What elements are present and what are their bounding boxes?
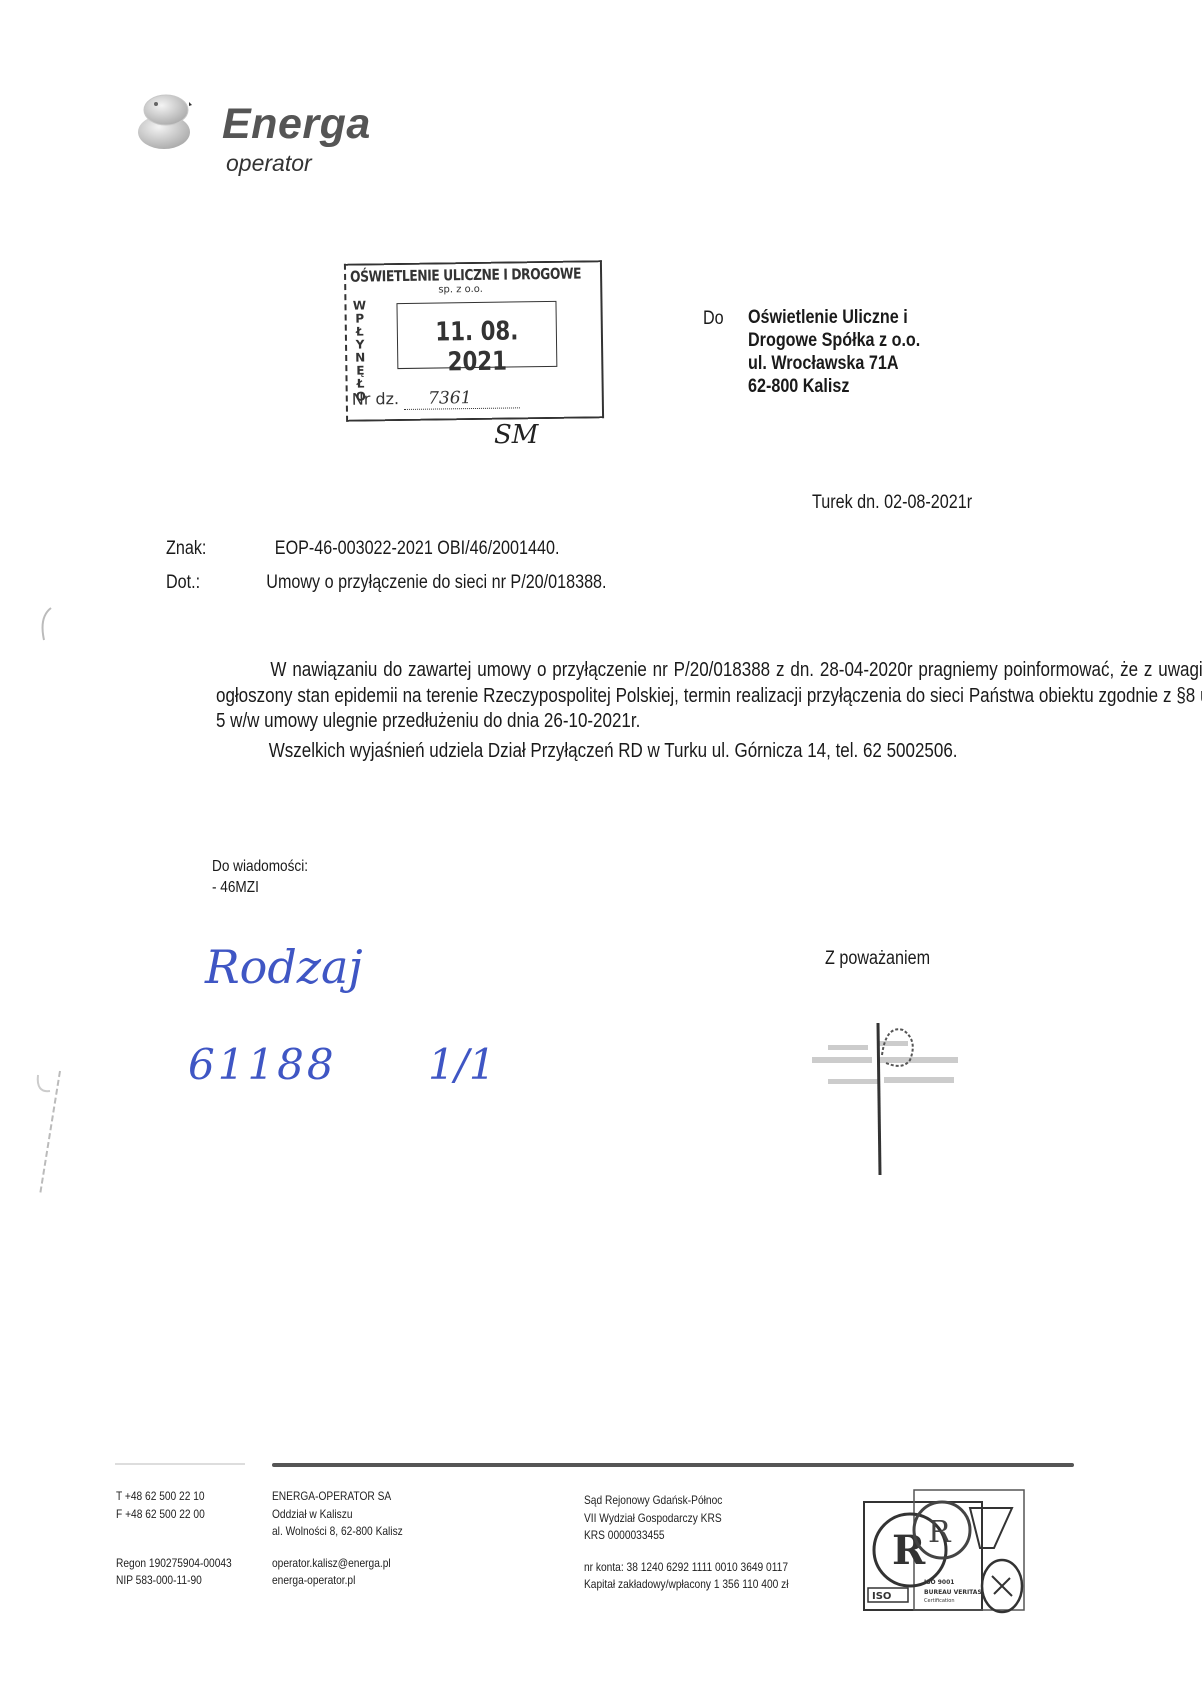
company-logo: Energa operator xyxy=(134,88,414,178)
footer-divider xyxy=(272,1463,1074,1467)
recipient-line: Drogowe Spółka z o.o. xyxy=(748,329,920,352)
handwritten-name: Rodzaj xyxy=(205,940,363,994)
handwritten-number: 61188 xyxy=(188,1040,337,1089)
place-date: Turek dn. 02-08-2021r xyxy=(812,492,972,514)
footer-company-name: ENERGA-OPERATOR SA xyxy=(272,1488,403,1506)
footer-fax: F +48 62 500 22 00 xyxy=(116,1506,232,1524)
footer-website[interactable]: energa-operator.pl xyxy=(272,1572,403,1590)
svg-text:ISO 9001: ISO 9001 xyxy=(924,1579,954,1586)
signature-icon xyxy=(808,1015,968,1180)
footer-department: VII Wydział Gospodarczy KRS xyxy=(584,1510,789,1528)
footer-contact: T +48 62 500 22 10 F +48 62 500 22 00 Re… xyxy=(116,1488,232,1590)
energa-logo-icon xyxy=(134,90,196,152)
footer-regon: Regon 190275904-00043 xyxy=(116,1555,232,1573)
body-paragraph: Wszelkich wyjaśnień udziela Dział Przyłą… xyxy=(216,739,1202,765)
znak-value: EOP-46-003022-2021 OBI/46/2001440. xyxy=(275,538,560,560)
svg-text:ISO: ISO xyxy=(872,1591,891,1602)
letter-body: W nawiązaniu do zawartej umowy o przyłąc… xyxy=(216,658,1202,764)
footer-registry: Sąd Rejonowy Gdańsk-Północ VII Wydział G… xyxy=(584,1492,789,1594)
handwritten-page: 1/1 xyxy=(428,1040,496,1089)
recipient-line: ul. Wrocławska 71A xyxy=(748,352,920,375)
stamp-date-box: 11. 08. 2021 xyxy=(396,301,557,369)
stamp-nr-value: 7361 xyxy=(404,387,520,410)
stamp-vertical-label: WPŁYNĘŁO xyxy=(352,299,367,403)
footer-divider-faint xyxy=(115,1463,245,1465)
svg-text:R: R xyxy=(928,1515,952,1550)
recipient-address: Oświetlenie Uliczne i Drogowe Spółka z o… xyxy=(748,306,920,398)
logo-name: Energa xyxy=(222,100,371,149)
cc-label: Do wiadomości: xyxy=(212,856,308,877)
footer-address: al. Wolności 8, 62-800 Kalisz xyxy=(272,1523,403,1541)
stamp-nr-label: Nr dz. xyxy=(352,389,400,409)
znak-label: Znak: xyxy=(166,538,206,560)
closing-regards: Z poważaniem xyxy=(825,948,930,970)
recipient-line: Oświetlenie Uliczne i xyxy=(748,306,920,329)
cc-item: - 46MZI xyxy=(212,877,308,898)
footer-court: Sąd Rejonowy Gdańsk-Północ xyxy=(584,1492,789,1510)
scan-artifact-mark xyxy=(36,605,56,645)
footer-branch: Oddział w Kaliszu xyxy=(272,1506,403,1524)
stamp-subheader: sp. z o.o. xyxy=(438,284,483,296)
logo-subtitle: operator xyxy=(226,150,312,177)
footer-account: nr konta: 38 1240 6292 1111 0010 3649 01… xyxy=(584,1559,789,1577)
iso-certificate-icon: R R ISO 9001 BUREAU VERITAS Certificatio… xyxy=(862,1488,1027,1614)
scan-artifact-mark xyxy=(30,1065,70,1200)
body-paragraph: W nawiązaniu do zawartej umowy o przyłąc… xyxy=(216,658,1202,735)
stamp-nr: Nr dz. 7361 xyxy=(352,387,520,409)
svg-text:BUREAU VERITAS: BUREAU VERITAS xyxy=(924,1589,982,1596)
footer-company: ENERGA-OPERATOR SA Oddział w Kaliszu al.… xyxy=(272,1488,403,1590)
svg-text:Certification: Certification xyxy=(924,1598,955,1604)
recipient-prefix: Do xyxy=(703,308,724,330)
dot-value: Umowy o przyłączenie do sieci nr P/20/01… xyxy=(266,572,606,594)
stamp-header: OŚWIETLENIE ULICZNE I DROGOWE xyxy=(350,264,581,285)
dot-label: Dot.: xyxy=(166,572,200,594)
stamp-date: 11. 08. 2021 xyxy=(412,316,542,378)
footer-krs: KRS 0000033455 xyxy=(584,1527,789,1545)
footer-capital: Kapitał zakładowy/wpłacony 1 356 110 400… xyxy=(584,1576,789,1594)
cc-block: Do wiadomości: - 46MZI xyxy=(212,856,308,898)
incoming-stamp: OŚWIETLENIE ULICZNE I DROGOWE sp. z o.o.… xyxy=(344,260,604,422)
handwritten-initials: SM xyxy=(494,420,538,450)
recipient-line: 62-800 Kalisz xyxy=(748,375,920,398)
footer-phone: T +48 62 500 22 10 xyxy=(116,1488,232,1506)
footer-email[interactable]: operator.kalisz@energa.pl xyxy=(272,1555,403,1573)
footer-nip: NIP 583-000-11-90 xyxy=(116,1572,232,1590)
